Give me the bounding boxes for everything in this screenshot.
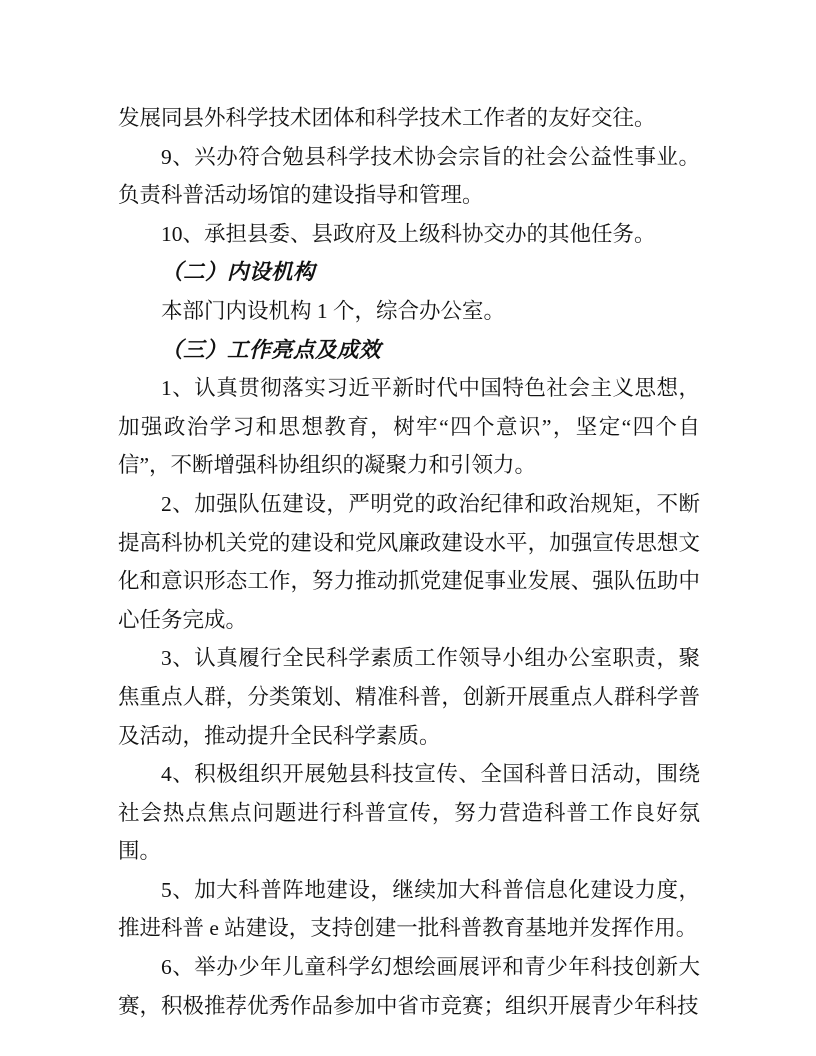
body-paragraph: 10、承担县委、县政府及上级科协交办的其他任务。: [118, 215, 700, 254]
body-paragraph: 1、认真贯彻落实习近平新时代中国特色社会主义思想，加强政治学习和思想教育，树牢“…: [118, 369, 700, 485]
body-paragraph: 发展同县外科学技术团体和科学技术工作者的友好交往。: [118, 99, 700, 138]
document-page: 发展同县外科学技术团体和科学技术工作者的友好交往。9、兴办符合勉县科学技术协会宗…: [0, 0, 816, 1056]
body-paragraph: 3、认真履行全民科学素质工作领导小组办公室职责，聚焦重点人群，分类策划、精准科普…: [118, 639, 700, 755]
body-paragraph: 4、积极组织开展勉县科技宣传、全国科普日活动，围绕社会热点焦点问题进行科普宣传，…: [118, 755, 700, 871]
section-heading: （三）工作亮点及成效: [118, 331, 700, 370]
body-paragraph: 本部门内设机构 1 个，综合办公室。: [118, 292, 700, 331]
body-paragraph: 2、加强队伍建设，严明党的政治纪律和政治规矩，不断提高科协机关党的建设和党风廉政…: [118, 485, 700, 639]
document-body: 发展同县外科学技术团体和科学技术工作者的友好交往。9、兴办符合勉县科学技术协会宗…: [118, 99, 700, 1025]
body-paragraph: 9、兴办符合勉县科学技术协会宗旨的社会公益性事业。负责科普活动场馆的建设指导和管…: [118, 138, 700, 215]
body-paragraph: 5、加大科普阵地建设，继续加大科普信息化建设力度，推进科普 e 站建设，支持创建…: [118, 871, 700, 948]
body-paragraph: 6、举办少年儿童科学幻想绘画展评和青少年科技创新大赛，积极推荐优秀作品参加中省市…: [118, 948, 700, 1025]
section-heading: （二）内设机构: [118, 253, 700, 292]
